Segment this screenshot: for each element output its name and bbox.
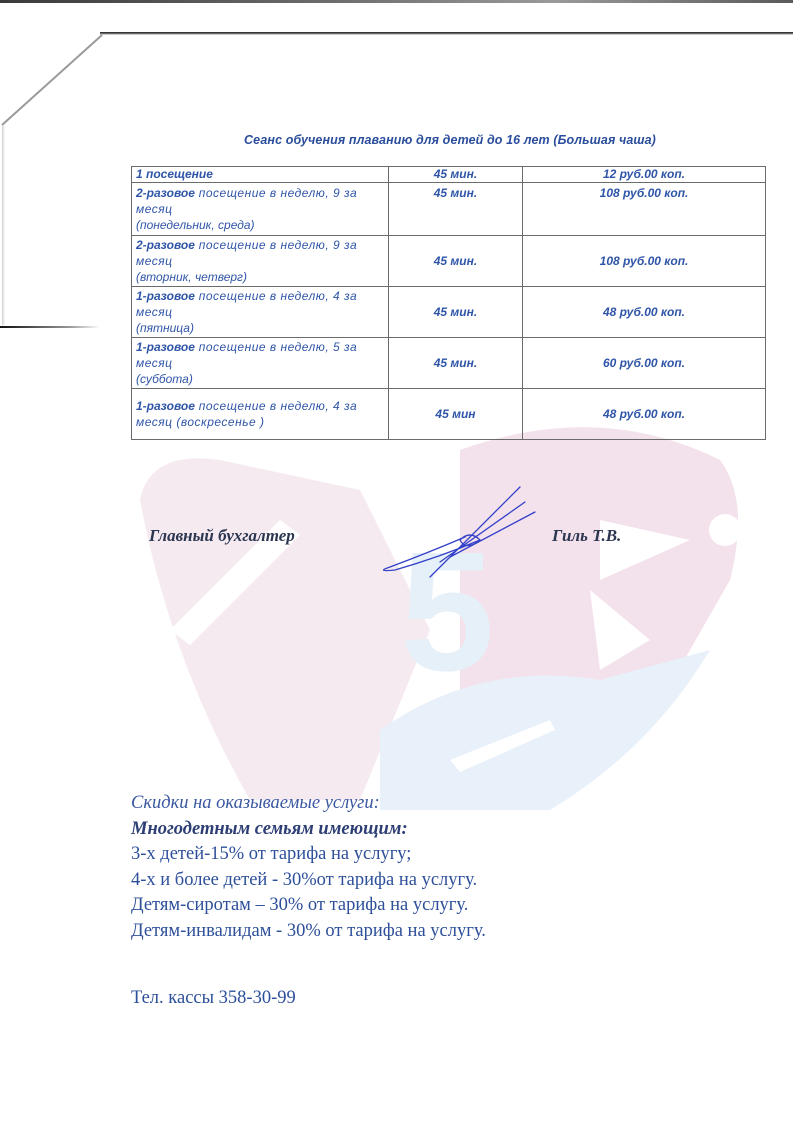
price-cell: 48 руб.00 коп. xyxy=(523,389,766,440)
discount-item: Детям-сиротам – 30% от тарифа на услугу. xyxy=(131,893,486,919)
table-row: 1 посещение45 мин.12 руб.00 коп. xyxy=(132,167,766,183)
service-cell: 1 посещение xyxy=(132,167,389,183)
price-cell: 48 руб.00 коп. xyxy=(523,287,766,338)
duration-cell: 45 мин. xyxy=(389,287,523,338)
service-frequency: 1-разовое xyxy=(136,340,195,354)
scan-top-edge xyxy=(0,0,793,3)
duration-cell: 45 мин. xyxy=(389,338,523,389)
page-left-edge xyxy=(2,125,5,325)
service-cell: 1-разовое посещение в неделю, 5 за месяц… xyxy=(132,338,389,389)
service-days: (суббота) xyxy=(136,372,193,386)
signatory-name: Гиль Т.В. xyxy=(552,526,621,546)
service-frequency: 2-разовое xyxy=(136,238,195,252)
discounts-subtitle: Многодетным семьям имеющим: xyxy=(131,817,486,843)
service-cell: 2-разовое посещение в неделю, 9 за месяц… xyxy=(132,183,389,236)
service-frequency: 2-разовое xyxy=(136,186,195,200)
table-row: 1-разовое посещение в неделю, 5 за месяц… xyxy=(132,338,766,389)
page-fold-edge xyxy=(100,32,793,35)
service-cell: 2-разовое посещение в неделю, 9 за месяц… xyxy=(132,236,389,287)
table-row: 2-разовое посещение в неделю, 9 за месяц… xyxy=(132,236,766,287)
discounts-title: Скидки на оказываемые услуги: xyxy=(131,791,486,817)
table-row: 1-разовое посещение в неделю, 4 за месяц… xyxy=(132,287,766,338)
page-fold-bottom-edge xyxy=(0,326,100,328)
duration-cell: 45 мин. xyxy=(389,183,523,236)
service-cell: 1-разовое посещение в неделю, 4 за месяц… xyxy=(132,389,389,440)
service-days: (пятница) xyxy=(136,321,194,335)
page-fold-corner xyxy=(0,0,110,130)
cashier-phone: Тел. кассы 358-30-99 xyxy=(131,988,296,1009)
price-cell: 108 руб.00 коп. xyxy=(523,236,766,287)
price-cell: 108 руб.00 коп. xyxy=(523,183,766,236)
handwritten-signature-icon xyxy=(370,482,540,582)
service-frequency: 1-разовое xyxy=(136,399,195,413)
duration-cell: 45 мин. xyxy=(389,236,523,287)
duration-cell: 45 мин xyxy=(389,389,523,440)
price-cell: 60 руб.00 коп. xyxy=(523,338,766,389)
discount-item: 3-х детей-15% от тарифа на услугу; xyxy=(131,842,486,868)
document-title: Сеанс обучения плаванию для детей до 16 … xyxy=(130,133,770,147)
duration-cell: 45 мин. xyxy=(389,167,523,183)
discount-item: 4-х и более детей - 30%от тарифа на услу… xyxy=(131,868,486,894)
discount-item: Детям-инвалидам - 30% от тарифа на услуг… xyxy=(131,919,486,945)
table-row: 1-разовое посещение в неделю, 4 за месяц… xyxy=(132,389,766,440)
price-cell: 12 руб.00 коп. xyxy=(523,167,766,183)
discounts-section: Скидки на оказываемые услуги: Многодетны… xyxy=(131,791,486,944)
service-frequency: 1-разовое xyxy=(136,289,195,303)
service-days: (понедельник, среда) xyxy=(136,218,255,232)
service-days: (вторник, четверг) xyxy=(136,270,247,284)
table-row: 2-разовое посещение в неделю, 9 за месяц… xyxy=(132,183,766,236)
service-cell: 1-разовое посещение в неделю, 4 за месяц… xyxy=(132,287,389,338)
service-frequency: 1 посещение xyxy=(136,167,213,181)
signatory-role: Главный бухгалтер xyxy=(149,526,295,546)
price-table: 1 посещение45 мин.12 руб.00 коп.2-разово… xyxy=(131,166,766,440)
